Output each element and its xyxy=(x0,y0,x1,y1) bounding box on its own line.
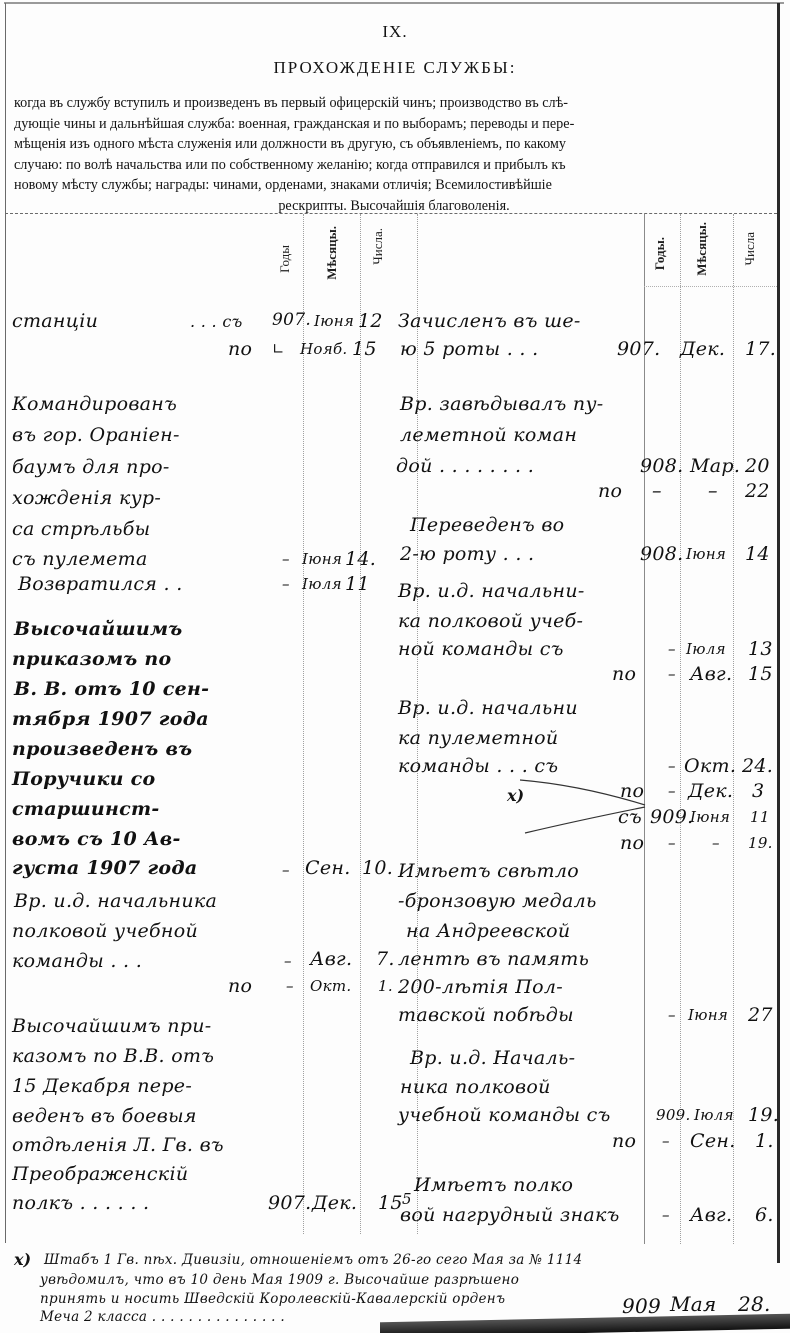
entry-month: Авг. xyxy=(690,663,732,685)
entry-text-line: Высочайшимъ xyxy=(14,618,182,640)
right-years-header: Годы. xyxy=(652,237,668,270)
left-months-header: Мѣсяцы. xyxy=(324,226,340,280)
entry-text-line: дой . . . . . . . . xyxy=(396,455,534,477)
entry-year: – xyxy=(668,834,676,852)
entry-text: Возвратился . . xyxy=(18,573,183,595)
entry-month: Сен. xyxy=(690,1130,736,1152)
entry-text-line: казомъ по В.В. отъ xyxy=(12,1045,214,1067)
entry-connector: по xyxy=(228,338,252,360)
entry-text-line: отдѣленія Л. Гв. въ xyxy=(12,1134,224,1156)
right-days-divider xyxy=(733,214,735,1244)
entry-month: Авг. xyxy=(310,948,352,970)
right-days-header: Числа xyxy=(742,232,758,265)
entry-text-line: хожденія кур- xyxy=(12,487,161,509)
entry-text-line: 15 Декабря пере- xyxy=(12,1075,192,1097)
entry-month: Дек. xyxy=(688,780,733,802)
entry-month: Іюня xyxy=(314,312,354,330)
entry-day: 15 xyxy=(352,338,377,360)
entry-year: 908. xyxy=(640,455,684,477)
entry-text-line: ной команды съ xyxy=(398,638,564,660)
entry-text-line: на Андреевской xyxy=(406,920,570,942)
footnote-line: увѣдомилъ, что въ 10 день Мая 1909 г. Вы… xyxy=(40,1272,519,1288)
entry-day: 1. xyxy=(755,1130,774,1152)
entry-text-line: Вр. и.д. Началь- xyxy=(410,1047,575,1069)
entry-text-line: лентѣ въ память xyxy=(398,948,589,970)
entry-text-line: густа 1907 года xyxy=(12,857,198,879)
entry-year: – xyxy=(668,1006,676,1024)
entry-text-line: ника полковой xyxy=(400,1076,551,1098)
entry-day: 12 xyxy=(358,310,383,332)
entry-text-line: вой нагрудный знакъ xyxy=(400,1204,620,1226)
entry-text-line: полковой учебной xyxy=(12,920,198,942)
entry-text-line: Преображенскій xyxy=(12,1163,188,1185)
entry-text-line: Поручики со xyxy=(12,768,156,790)
entry-dash: – xyxy=(282,550,290,568)
left-years-header: Годы xyxy=(277,245,293,273)
entry-connector: по xyxy=(612,663,636,685)
footnote-month: Мая xyxy=(670,1292,717,1316)
entry-month: – xyxy=(712,834,720,852)
entry-day: 15 xyxy=(748,663,773,685)
entry-text-line: Зачисленъ въ ше- xyxy=(398,310,581,332)
entry-text-line: Имѣетъ полко xyxy=(414,1174,573,1196)
entry-text-line: веденъ въ боевыя xyxy=(12,1105,197,1127)
footnote-year: 909 xyxy=(622,1294,661,1318)
entry-month: Авг. xyxy=(690,1204,732,1226)
entry-month: Нояб. xyxy=(300,340,347,358)
footnote-brace-icon xyxy=(520,775,650,835)
entry-text-line: Вр. и.д. начальни xyxy=(398,697,578,719)
footnote-day: 28. xyxy=(738,1292,771,1316)
entry-day: 17. xyxy=(745,338,776,360)
entry-day: 1. xyxy=(378,977,393,995)
entry-text-line: съ пулемета xyxy=(12,548,148,570)
entry-text-line: учебной команды съ xyxy=(398,1104,611,1126)
entry-text-line: Высочайшимъ при- xyxy=(12,1015,211,1037)
entry-text-line: 200-лѣтія Пол- xyxy=(398,976,563,998)
entry-month: Іюня xyxy=(302,550,342,568)
entry-day: 20 xyxy=(745,455,770,477)
entry-text-line: Вр. и.д. начальника xyxy=(14,890,217,912)
footnote-line: Штабъ 1 Гв. пѣх. Дивизіи, отношеніемъ от… xyxy=(44,1252,582,1268)
entry-dash: – xyxy=(282,861,290,879)
description-line: дующіе чины и дальнѣйшая служба: военная… xyxy=(14,114,774,135)
right-border xyxy=(777,3,780,1263)
entry-dash: ∟ xyxy=(272,340,285,358)
entry-dash: – xyxy=(282,575,290,593)
scan-edge-shadow xyxy=(380,1314,790,1333)
entry-text-line: 2-ю роту . . . xyxy=(400,543,534,565)
entry-month: Іюня xyxy=(690,808,730,826)
entry-year: – xyxy=(668,782,676,800)
entry-text-line: тября 1907 года xyxy=(12,708,209,730)
entry-year: 907. xyxy=(272,310,311,330)
entry-year: – xyxy=(662,1206,670,1224)
entry-month: Іюля xyxy=(694,1106,734,1124)
entry-text-line: леметной коман xyxy=(400,424,577,446)
entry-day: 27 xyxy=(748,1004,773,1026)
entry-connector: . . . съ xyxy=(190,312,243,331)
service-record-page: IX. ПРОХОЖДЕНІЕ СЛУЖБЫ: когда въ службу … xyxy=(0,0,790,1333)
description-line: новому мѣсту службы; награды: чинами, ор… xyxy=(14,175,774,196)
footnote-marker: x) xyxy=(14,1250,31,1269)
entry-text-line: Переведенъ во xyxy=(410,514,564,536)
entry-year: – xyxy=(668,640,676,658)
entry-text-line: въ гор. Ораніен- xyxy=(12,424,180,446)
entry-month: Іюля xyxy=(686,640,726,658)
right-years-divider xyxy=(644,214,646,1244)
entry-text-line: са стрѣльбы xyxy=(12,518,150,540)
entry-text-line: приказомъ по xyxy=(12,648,171,670)
entry-connector: по xyxy=(620,832,644,854)
entry-year: 909. xyxy=(650,806,694,828)
section-number: IX. xyxy=(0,22,790,42)
entry-year: – xyxy=(652,480,662,502)
entry-year: – xyxy=(662,1132,670,1150)
entry-connector: по xyxy=(612,1130,636,1152)
entry-text-line: команды . . . xyxy=(12,950,142,972)
entry-text-line: ка полковой учеб- xyxy=(398,610,583,632)
entry-day: 14 xyxy=(745,543,770,565)
entry-text-line: полкъ . . . . . . xyxy=(12,1192,149,1214)
footnote-line: Меча 2 класса . . . . . . . . . . . . . … xyxy=(40,1309,285,1325)
entry-day: 10. xyxy=(362,857,393,879)
entry-text-line: Командированъ xyxy=(12,393,177,415)
left-border xyxy=(5,3,6,1243)
entry-day: 3 xyxy=(752,780,764,802)
entry-month: Дек. xyxy=(680,338,725,360)
section-description: когда въ службу вступилъ и произведенъ в… xyxy=(14,93,774,216)
entry-day: 24. xyxy=(742,755,773,777)
footnote-line: принять и носить Шведскій Королевскій-Ка… xyxy=(40,1291,505,1307)
entry-year: 908. xyxy=(640,543,684,565)
entry-month: Дек. xyxy=(312,1192,357,1214)
entry-day: 6. xyxy=(755,1204,774,1226)
entry-dash: – xyxy=(284,952,292,970)
left-years-divider xyxy=(303,214,305,1234)
entry-text-line: команды . . . съ xyxy=(398,755,558,777)
entry-day: 19. xyxy=(748,1104,779,1126)
entry-year: – xyxy=(668,665,676,683)
entry-month: Мар. xyxy=(690,455,740,477)
entry-year: – xyxy=(668,757,676,775)
entry-text-line: вомъ съ 10 Ав- xyxy=(12,828,181,850)
entry-text-line: Вр. и.д. начальни- xyxy=(398,580,585,602)
entry-day: 22 xyxy=(745,480,770,502)
entry-dash: – xyxy=(286,977,294,995)
entry-text-line: Имѣетъ свѣтло xyxy=(398,860,579,882)
description-line: случаю: по волѣ начальства или по собств… xyxy=(14,155,774,176)
entry-text-line: ка пулеметной xyxy=(398,727,558,749)
entry-text-line: тавской побѣды xyxy=(398,1004,574,1026)
entry-text: станціи xyxy=(12,310,98,332)
entry-day: 7. xyxy=(376,948,395,970)
entry-day: 19. xyxy=(748,834,773,852)
section-title: ПРОХОЖДЕНІЕ СЛУЖБЫ: xyxy=(0,58,790,78)
top-rule xyxy=(4,2,784,4)
entry-year: 907. xyxy=(617,338,661,360)
entry-text-line: ю 5 роты . . . xyxy=(400,338,538,360)
right-months-header: Мѣсяцы. xyxy=(694,222,710,276)
left-months-divider xyxy=(360,214,362,1234)
entry-connector: по xyxy=(598,480,622,502)
entry-text-line: -бронзовую медаль xyxy=(398,890,597,912)
entry-text-line: В. В. отъ 10 сен- xyxy=(14,678,209,700)
entry-text-line: произведенъ въ xyxy=(12,738,192,760)
entry-month: – xyxy=(708,480,718,502)
entry-day: 14. xyxy=(345,548,376,570)
entry-year: 907. xyxy=(268,1192,312,1214)
entry-text-line: старшинст- xyxy=(12,798,160,820)
entry-text-line: Вр. завѣдывалъ пу- xyxy=(400,393,604,415)
entry-connector: по xyxy=(228,975,252,997)
entry-month: Іюня xyxy=(686,545,726,563)
entry-month: Іюня xyxy=(688,1006,728,1024)
entry-day: 13 xyxy=(748,638,773,660)
entry-month: Сен. xyxy=(305,857,351,879)
left-days-header: Числа. xyxy=(370,228,386,265)
entry-text-line: баумъ для про- xyxy=(12,456,170,478)
entry-day: 11 xyxy=(750,808,770,826)
entry-month: Окт. xyxy=(684,755,736,777)
description-line: мѣщенія изъ одного мѣста служенія или до… xyxy=(14,134,774,155)
entry-day: 11 xyxy=(345,573,370,595)
entry-year: 909. xyxy=(656,1106,691,1124)
entry-month: Окт. xyxy=(310,977,351,995)
entry-month: Іюля xyxy=(302,575,342,593)
description-line: когда въ службу вступилъ и произведенъ в… xyxy=(14,93,774,114)
right-months-divider xyxy=(680,214,682,1244)
